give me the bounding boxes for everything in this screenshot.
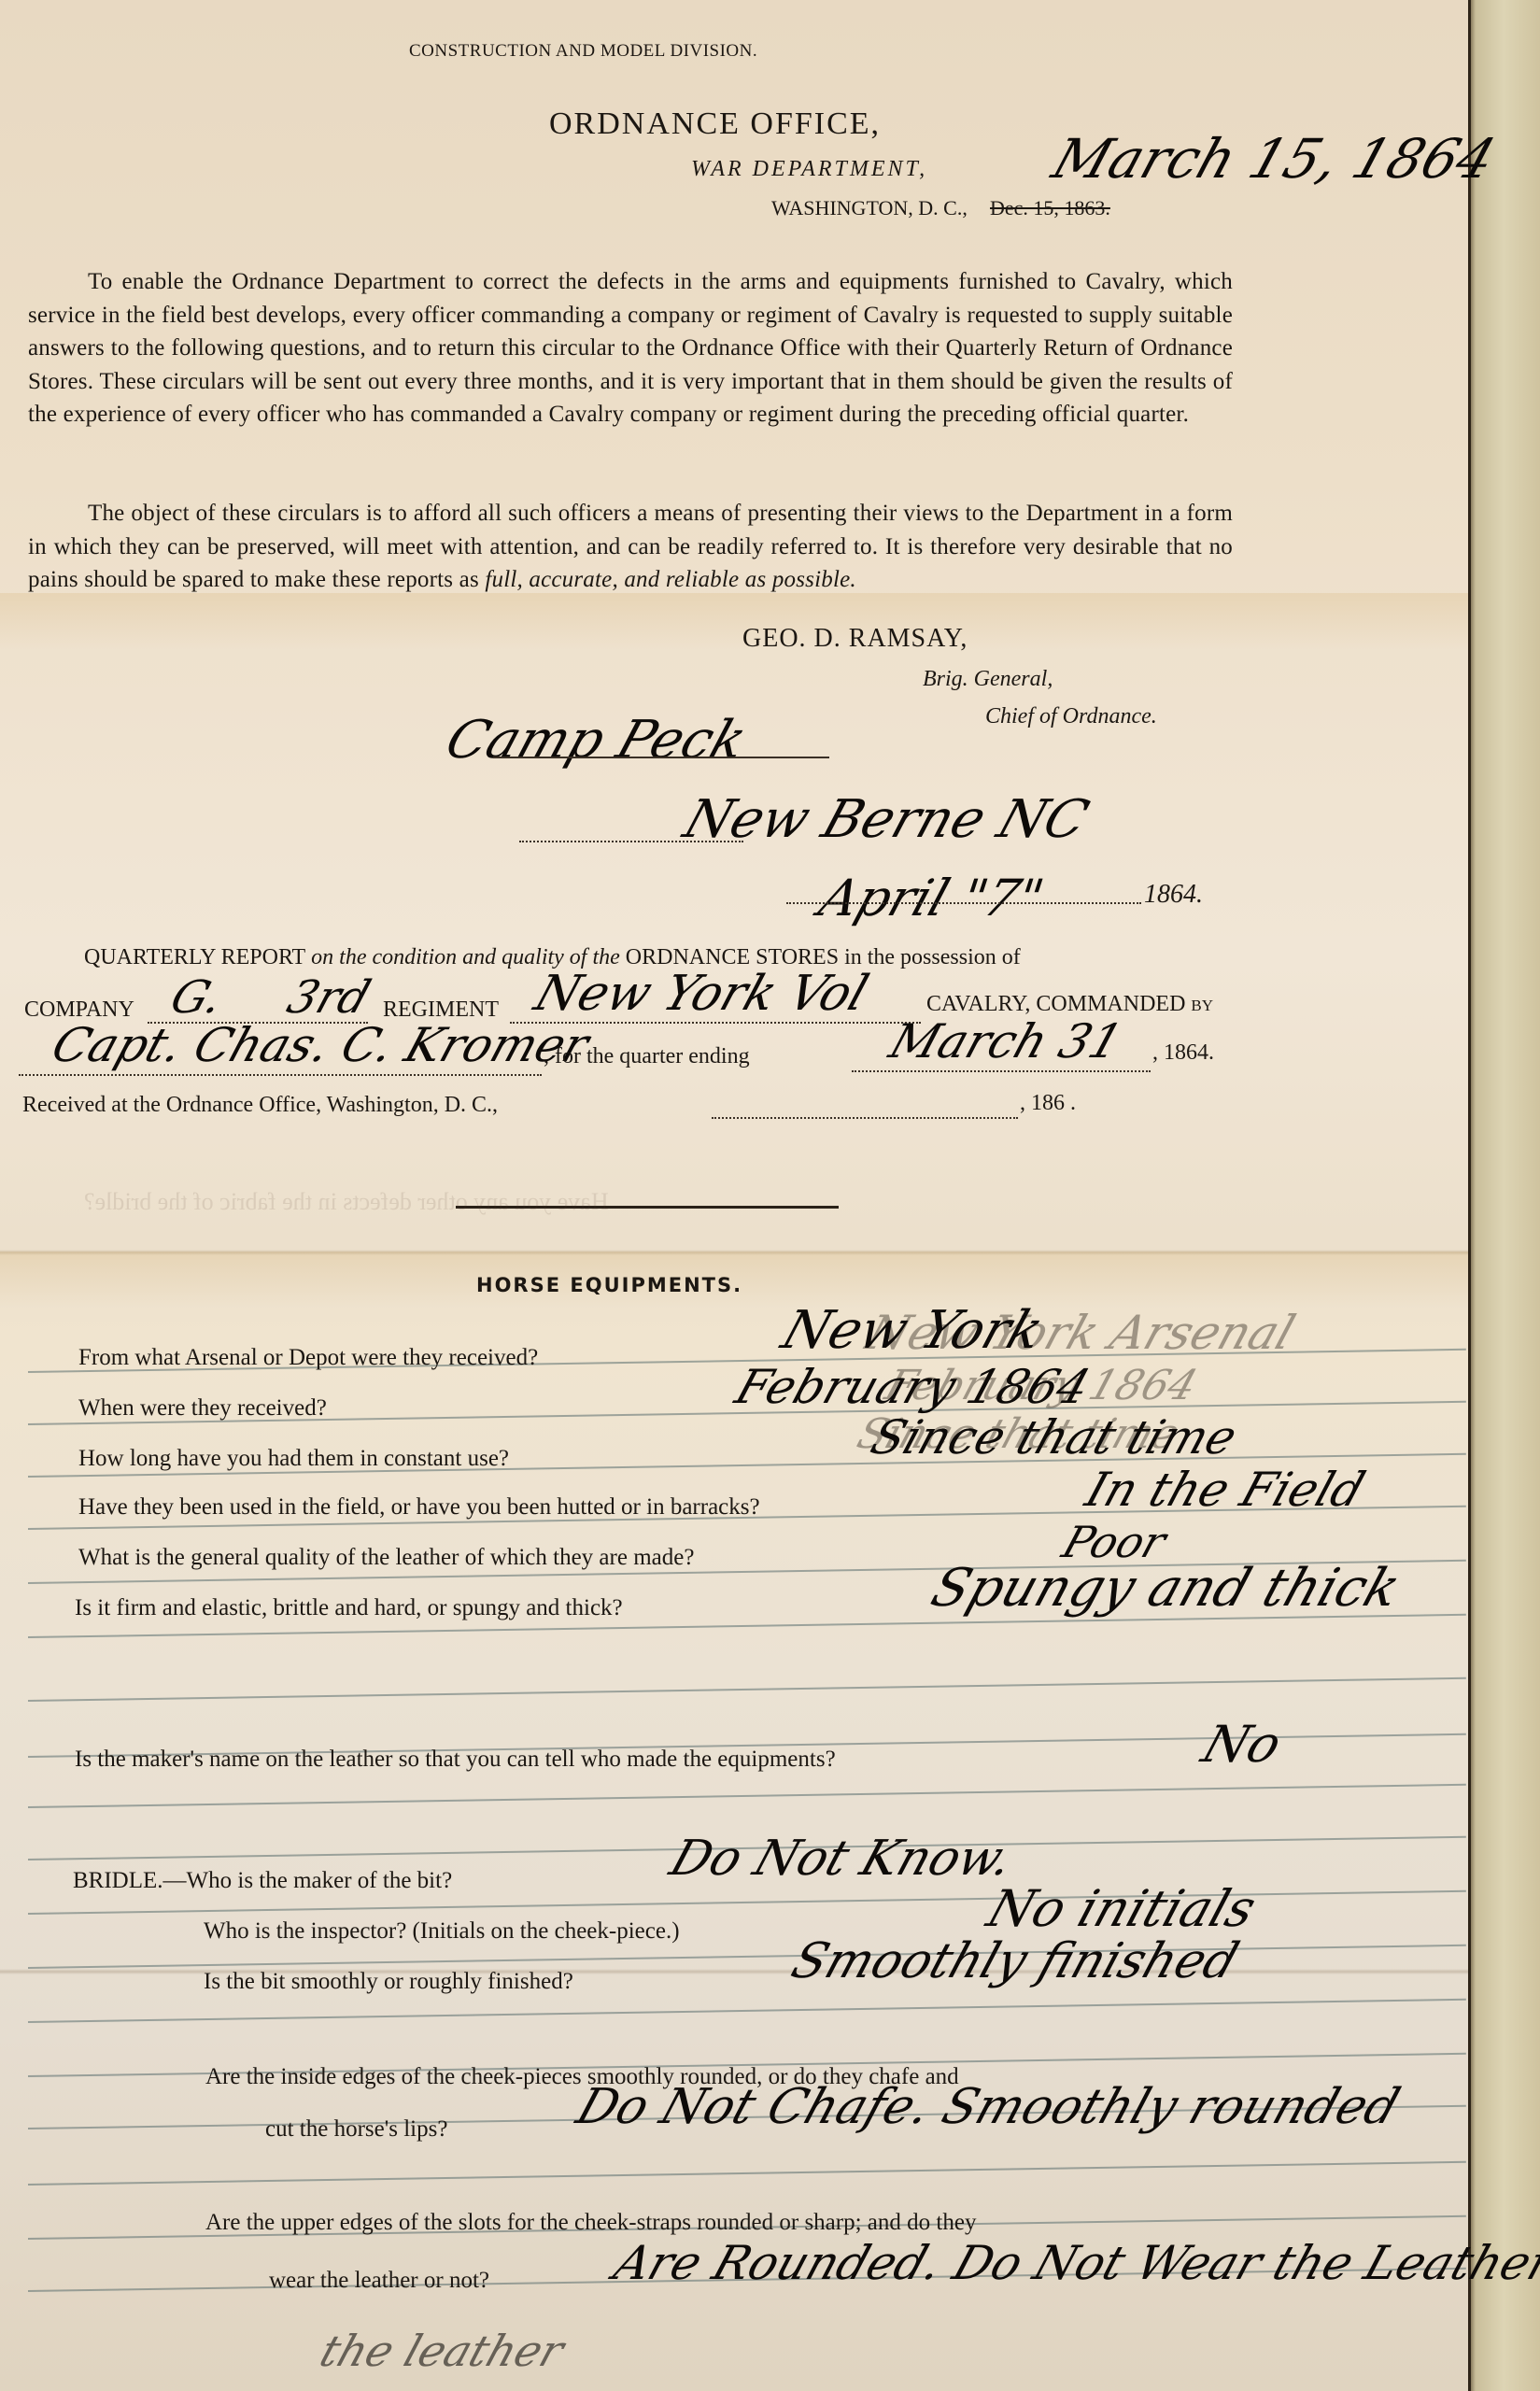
horse-equipments-heading: HORSE EQUIPMENTS. bbox=[476, 1274, 742, 1296]
origin-year: 1864. bbox=[1144, 880, 1203, 910]
question-maker-name: Is the maker's name on the leather so th… bbox=[75, 1747, 836, 1773]
division-heading: CONSTRUCTION AND MODEL DIVISION. bbox=[409, 41, 757, 62]
bleed-through-text: Have you any other defects in the fabric… bbox=[84, 1188, 609, 1216]
department-title: WAR DEPARTMENT, bbox=[691, 157, 927, 182]
answer-leather-texture: Spungy and thick bbox=[924, 1558, 1407, 1619]
received-label: Received at the Ordnance Office, Washing… bbox=[22, 1093, 498, 1118]
regiment-number: 3rd bbox=[281, 971, 376, 1024]
received-year: , 186 . bbox=[1020, 1091, 1076, 1116]
company-value: G. bbox=[164, 971, 230, 1024]
quarter-year: , 1864. bbox=[1152, 1040, 1214, 1066]
answer-slot-edges: Are Rounded. Do Not Wear the Leather bbox=[608, 2236, 1540, 2290]
document-page: CONSTRUCTION AND MODEL DIVISION. ORDNANC… bbox=[0, 0, 1471, 2391]
place-line bbox=[519, 841, 743, 842]
signatory-title: Chief of Ordnance. bbox=[985, 704, 1157, 729]
commander-field-line bbox=[19, 1074, 542, 1076]
question-how-long: How long have you had them in constant u… bbox=[78, 1446, 509, 1472]
table-backdrop bbox=[1466, 0, 1540, 2391]
regiment-value: New York Vol bbox=[528, 966, 875, 1022]
question-cheek-pieces-cont: cut the horse's lips? bbox=[265, 2116, 447, 2143]
quarter-field-line bbox=[852, 1070, 1151, 1072]
intro-paragraph-1: To enable the Ordnance Department to cor… bbox=[28, 265, 1233, 432]
question-bit-finish: Is the bit smoothly or roughly finished? bbox=[204, 1969, 573, 1995]
answer-how-long: Since that time bbox=[865, 1410, 1244, 1464]
cavalry-label: CAVALRY, COMMANDED by bbox=[926, 992, 1213, 1017]
commander-value: Capt. Chas. C. Kromer bbox=[46, 1018, 596, 1072]
received-field-line bbox=[712, 1117, 1018, 1119]
question-arsenal: From what Arsenal or Depot were they rec… bbox=[78, 1345, 538, 1371]
ruled-line bbox=[28, 1784, 1466, 1808]
camp-underline bbox=[493, 757, 829, 758]
answer-cheek-pieces: Do Not Chafe. Smoothly rounded bbox=[570, 2079, 1406, 2135]
answer-bit-maker: Do Not Know. bbox=[663, 1831, 1020, 1887]
question-leather-texture: Is it firm and elastic, brittle and hard… bbox=[75, 1595, 623, 1621]
quarter-label: , for the quarter ending bbox=[544, 1044, 750, 1069]
answer-slot-edges-cont: the leather bbox=[314, 2326, 570, 2376]
question-field-or-barracks: Have they been used in the field, or hav… bbox=[78, 1494, 760, 1521]
answer-bit-finish: Smoothly finished bbox=[784, 1933, 1245, 1989]
ruled-line bbox=[28, 1945, 1466, 1969]
printed-date-struck: Dec. 15, 1863. bbox=[990, 196, 1110, 220]
signatory-rank: Brig. General, bbox=[923, 667, 1053, 692]
office-title: ORDNANCE OFFICE, bbox=[549, 106, 881, 142]
question-when-received: When were they received? bbox=[78, 1395, 327, 1422]
paper-fold bbox=[0, 593, 1468, 649]
question-slot-edges: Are the upper edges of the slots for the… bbox=[205, 2210, 976, 2236]
ruled-line bbox=[28, 2161, 1466, 2186]
handwritten-date: March 15, 1864 bbox=[1045, 127, 1503, 191]
answer-field-or-barracks: In the Field bbox=[1080, 1463, 1372, 1517]
answer-when-received: February 1864 bbox=[729, 1360, 1097, 1414]
bridle-label: BRIDLE. bbox=[73, 1868, 163, 1893]
camp-name: Camp Peck bbox=[438, 710, 754, 771]
question-inspector: Who is the inspector? (Initials on the c… bbox=[204, 1918, 680, 1945]
location: WASHINGTON, D. C., bbox=[771, 196, 968, 220]
quarter-value: March 31 bbox=[883, 1014, 1129, 1068]
bridle-maker-question: BRIDLE.—Who is the maker of the bit? bbox=[73, 1868, 452, 1894]
question-leather-quality: What is the general quality of the leath… bbox=[78, 1545, 694, 1571]
answer-maker-name: No bbox=[1195, 1715, 1289, 1774]
ruled-line bbox=[28, 1999, 1466, 2023]
answer-arsenal: New York bbox=[774, 1300, 1051, 1361]
question-slot-edges-cont: wear the leather or not? bbox=[269, 2268, 489, 2294]
ruled-line bbox=[28, 1677, 1466, 1702]
intro-paragraph-2: The object of these circulars is to affo… bbox=[28, 497, 1233, 597]
answer-inspector: No initials bbox=[981, 1879, 1264, 1938]
date-line bbox=[786, 902, 1141, 904]
origin-date: April "7" bbox=[812, 869, 1052, 927]
signatory-name: GEO. D. RAMSAY, bbox=[742, 624, 968, 654]
